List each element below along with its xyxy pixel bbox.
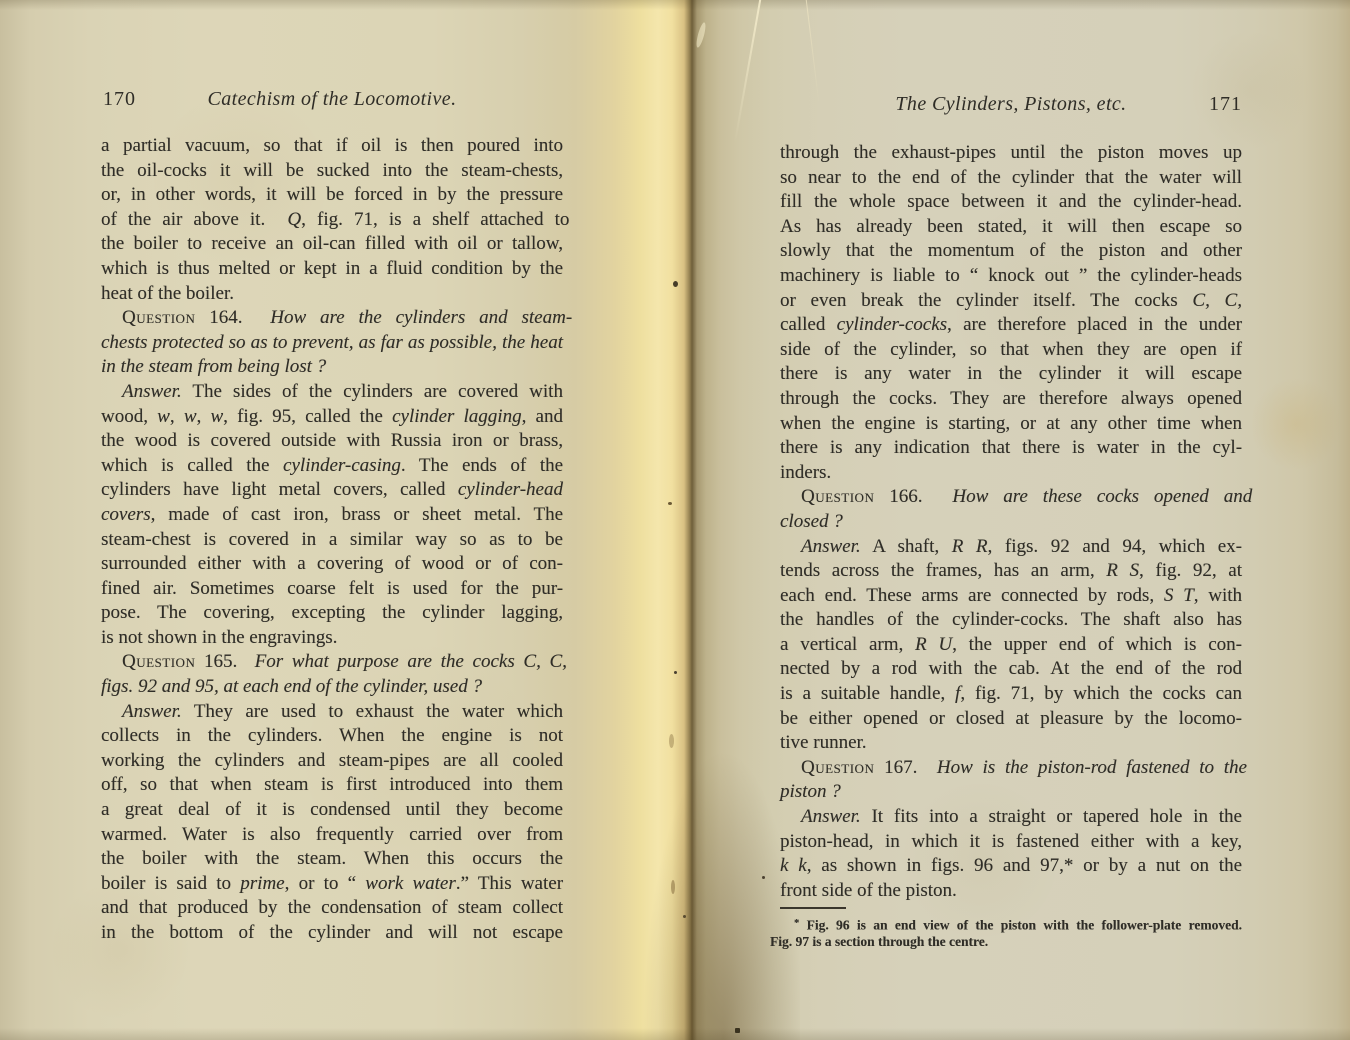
text-segment: boiler is said to bbox=[101, 873, 240, 894]
gutter-crease-line bbox=[805, 0, 819, 106]
paper-speck bbox=[762, 876, 765, 879]
gutter-crease-line bbox=[734, 0, 762, 143]
text-line: * Fig. 96 is an end view of the piston w… bbox=[780, 915, 1242, 933]
text-line: nected by a rod with the cab. At the end… bbox=[780, 657, 1242, 682]
text-line: figs. 92 and 95, at each end of the cyli… bbox=[101, 675, 563, 700]
text-segment: A shaft, bbox=[861, 536, 952, 557]
footnote: * Fig. 96 is an end view of the piston w… bbox=[780, 907, 1242, 950]
paper-dent bbox=[671, 880, 675, 894]
text-line: each end. These arms are connected by ro… bbox=[780, 584, 1242, 609]
text-line: which is thus melted or kept in a fluid … bbox=[101, 257, 563, 282]
text-line: pose. The covering, excepting the cylind… bbox=[101, 601, 563, 626]
text-segment: w bbox=[157, 406, 170, 427]
right-page-header: The Cylinders, Pistons, etc. 171 bbox=[780, 93, 1242, 119]
text-segment: cylinder-cocks bbox=[837, 314, 947, 335]
text-line: tends across the frames, has an arm, R S… bbox=[780, 559, 1242, 584]
text-segment: cylinder-head bbox=[458, 479, 563, 500]
text-segment: which is thus melted or kept in a fluid … bbox=[101, 258, 563, 279]
text-segment: How are these cocks opened and bbox=[952, 486, 1252, 507]
text-segment: Answer. bbox=[801, 806, 861, 827]
text-segment: each end. These arms are connected by ro… bbox=[780, 585, 1164, 606]
text-segment: , with bbox=[1194, 585, 1242, 606]
text-segment: tive runner. bbox=[780, 732, 867, 753]
text-segment: , fig. 71, by which the cocks can bbox=[960, 683, 1242, 704]
footnote-rule bbox=[780, 907, 846, 909]
text-segment: R S bbox=[1106, 560, 1139, 581]
text-segment: the handles of the cylinder-cocks. The s… bbox=[780, 609, 1242, 630]
text-segment: and that produced by the condensation of… bbox=[101, 897, 563, 918]
text-segment: or even break the cylinder itself. The c… bbox=[780, 290, 1192, 311]
text-line: be either opened or closed at pleasure b… bbox=[780, 707, 1242, 732]
text-segment: a vertical arm, bbox=[780, 634, 915, 655]
text-segment: 165. bbox=[195, 651, 254, 672]
text-line: Question 164. How are the cylinders and … bbox=[101, 306, 563, 331]
text-segment: , fig. 95, called the bbox=[223, 406, 392, 427]
text-line: through the cocks. They are therefore al… bbox=[780, 387, 1242, 412]
text-line: Answer. They are used to exhaust the wat… bbox=[101, 700, 563, 725]
text-segment: is a suitable handle, bbox=[780, 683, 955, 704]
text-segment: nected by a rod with the cab. At the end… bbox=[780, 658, 1242, 679]
text-segment: , are therefore placed in the under bbox=[947, 314, 1242, 335]
text-segment: . The ends of the bbox=[401, 455, 563, 476]
text-line: or, in other words, it will be forced in… bbox=[101, 183, 563, 208]
text-line: slowly that the momentum of the piston a… bbox=[780, 239, 1242, 264]
text-line: in the bottom of the cylinder and will n… bbox=[101, 921, 563, 946]
text-segment: w bbox=[210, 406, 223, 427]
text-segment: collects in the cylinders. When the engi… bbox=[101, 725, 563, 746]
text-line: piston ? bbox=[780, 780, 1242, 805]
text-line: heat of the boiler. bbox=[101, 282, 563, 307]
text-segment: , and bbox=[522, 406, 563, 427]
text-line: k k, as shown in figs. 96 and 97,* or by… bbox=[780, 854, 1242, 879]
text-segment: when the engine is starting, or at any o… bbox=[780, 413, 1242, 434]
text-segment: 167. bbox=[874, 757, 937, 778]
text-segment: through the cocks. They are therefore al… bbox=[780, 388, 1242, 409]
text-segment: C, C, bbox=[1192, 290, 1242, 311]
text-segment: covers bbox=[101, 504, 151, 525]
text-segment: Question bbox=[122, 307, 195, 328]
text-segment: 164. bbox=[195, 307, 270, 328]
text-segment: work water bbox=[365, 873, 456, 894]
text-segment: Question bbox=[122, 651, 195, 672]
text-segment: How is the piston-rod fastened to the bbox=[937, 757, 1247, 778]
text-segment: so near to the end of the cylinder that … bbox=[780, 167, 1242, 188]
text-line: boiler is said to prime, or to “ work wa… bbox=[101, 872, 563, 897]
text-line: As has already been stated, it will then… bbox=[780, 215, 1242, 240]
text-line: called cylinder-cocks, are therefore pla… bbox=[780, 313, 1242, 338]
text-segment: is not shown in the engravings. bbox=[101, 627, 337, 648]
text-segment: in the steam from being lost ? bbox=[101, 356, 326, 377]
text-segment: , fig. 92, at bbox=[1139, 560, 1242, 581]
text-segment: off, so that when steam is first introdu… bbox=[101, 774, 563, 795]
gutter-tear bbox=[695, 22, 708, 49]
text-segment: of the air above it. bbox=[101, 209, 287, 230]
text-line: inders. bbox=[780, 461, 1242, 486]
text-segment: For what purpose are the cocks C, C, bbox=[255, 651, 567, 672]
text-segment: R U bbox=[915, 634, 952, 655]
text-line: machinery is liable to “ knock out ” the… bbox=[780, 264, 1242, 289]
text-line: covers, made of cast iron, brass or shee… bbox=[101, 503, 563, 528]
text-segment: cylinder lagging bbox=[392, 406, 522, 427]
text-segment: the boiler to receive an oil-can filled … bbox=[101, 233, 563, 254]
text-segment: fined air. Sometimes coarse felt is used… bbox=[101, 578, 563, 599]
paper-speck bbox=[674, 671, 677, 674]
top-edge-shadow bbox=[0, 0, 1350, 10]
text-line: in the steam from being lost ? bbox=[101, 355, 563, 380]
text-segment: be either opened or closed at pleasure b… bbox=[780, 708, 1242, 729]
text-segment: pose. The covering, excepting the cylind… bbox=[101, 602, 563, 623]
text-line: which is called the cylinder-casing. The… bbox=[101, 454, 563, 479]
text-line: the handles of the cylinder-cocks. The s… bbox=[780, 608, 1242, 633]
text-line: when the engine is starting, or at any o… bbox=[780, 412, 1242, 437]
text-segment: or, in other words, it will be forced in… bbox=[101, 184, 563, 205]
text-line: a great deal of it is condensed until th… bbox=[101, 798, 563, 823]
text-segment: a great deal of it is condensed until th… bbox=[101, 799, 563, 820]
text-segment: , figs. 92 and 94, which ex- bbox=[988, 536, 1242, 557]
text-segment: there is any indication that there is wa… bbox=[780, 437, 1242, 458]
text-segment: Answer. bbox=[801, 536, 861, 557]
text-line: a partial vacuum, so that if oil is then… bbox=[101, 134, 563, 159]
text-line: front side of the piston. bbox=[780, 879, 1242, 904]
text-segment: , or to “ bbox=[285, 873, 366, 894]
text-segment: .” This water bbox=[456, 873, 563, 894]
text-line: steam-chest is covered in a similar way … bbox=[101, 528, 563, 553]
text-segment: Answer. bbox=[122, 381, 182, 402]
text-line: of the air above it. Q, fig. 71, is a sh… bbox=[101, 208, 563, 233]
text-segment: wood, bbox=[101, 406, 157, 427]
paper-speck bbox=[673, 281, 678, 287]
text-line: collects in the cylinders. When the engi… bbox=[101, 724, 563, 749]
text-line: the oil-cocks it will be sucked into the… bbox=[101, 159, 563, 184]
text-line: fill the whole space between it and the … bbox=[780, 190, 1242, 215]
text-line: off, so that when steam is first introdu… bbox=[101, 773, 563, 798]
footnote-text: * Fig. 96 is an end view of the piston w… bbox=[780, 915, 1242, 950]
left-page-text: a partial vacuum, so that if oil is then… bbox=[101, 134, 563, 946]
text-segment: side of the cylinder, so that when they … bbox=[780, 339, 1242, 360]
text-line: Answer. The sides of the cylinders are c… bbox=[101, 380, 563, 405]
left-running-title: Catechism of the Locomotive. bbox=[101, 88, 563, 111]
text-segment: closed ? bbox=[780, 511, 843, 532]
text-segment: , fig. 71, is a shelf attached to bbox=[301, 209, 569, 230]
text-segment: Question bbox=[801, 486, 874, 507]
text-line: Answer. It fits into a straight or taper… bbox=[780, 805, 1242, 830]
text-segment: called bbox=[780, 314, 837, 335]
text-segment: How are the cylinders and steam- bbox=[270, 307, 572, 328]
text-line: wood, w, w, w, fig. 95, called the cylin… bbox=[101, 405, 563, 430]
text-segment: , made of cast iron, brass or sheet meta… bbox=[151, 504, 563, 525]
text-segment: Fig. 96 is an end view of the piston wit… bbox=[799, 918, 1242, 933]
text-segment: w bbox=[184, 406, 197, 427]
paper-speck bbox=[668, 502, 672, 505]
text-line: there is any indication that there is wa… bbox=[780, 436, 1242, 461]
text-segment: , bbox=[170, 406, 184, 427]
text-segment: prime bbox=[240, 873, 284, 894]
text-line: warmed. Water is also frequently carried… bbox=[101, 823, 563, 848]
text-line: the boiler with the steam. When this occ… bbox=[101, 847, 563, 872]
text-segment: As has already been stated, it will then… bbox=[780, 216, 1242, 237]
text-line: working the cylinders and steam-pipes ar… bbox=[101, 749, 563, 774]
text-segment: Question bbox=[801, 757, 874, 778]
right-page-number: 171 bbox=[1209, 93, 1242, 116]
text-segment: the boiler with the steam. When this occ… bbox=[101, 848, 563, 869]
text-line: closed ? bbox=[780, 510, 1242, 535]
text-line: Question 165. For what purpose are the c… bbox=[101, 650, 563, 675]
text-line: piston-head, in which it is fastened eit… bbox=[780, 830, 1242, 855]
text-line: cylinders have light metal covers, calle… bbox=[101, 478, 563, 503]
text-line: the wood is covered outside with Russia … bbox=[101, 429, 563, 454]
text-line: Question 166. How are these cocks opened… bbox=[780, 485, 1242, 510]
text-segment: R R bbox=[952, 536, 988, 557]
text-segment: It fits into a straight or tapered hole … bbox=[861, 806, 1242, 827]
text-segment: , as shown in figs. 96 and 97,* or by a … bbox=[807, 855, 1242, 876]
text-segment: front side of the piston. bbox=[780, 880, 957, 901]
text-line: is a suitable handle, f, fig. 71, by whi… bbox=[780, 682, 1242, 707]
text-line: Fig. 97 is a section through the centre. bbox=[780, 933, 1242, 951]
text-segment: piston-head, in which it is fastened eit… bbox=[780, 831, 1242, 852]
gutter-shadow bbox=[640, 740, 800, 1040]
paper-speck bbox=[735, 1028, 740, 1033]
text-segment: working the cylinders and steam-pipes ar… bbox=[101, 750, 563, 771]
text-segment: k k bbox=[780, 855, 807, 876]
text-line: fined air. Sometimes coarse felt is used… bbox=[101, 577, 563, 602]
text-segment: heat of the boiler. bbox=[101, 283, 234, 304]
text-segment: fill the whole space between it and the … bbox=[780, 191, 1242, 212]
text-segment: the wood is covered outside with Russia … bbox=[101, 430, 563, 451]
book-scan: 170 Catechism of the Locomotive. a parti… bbox=[0, 0, 1350, 1040]
bottom-edge-shadow bbox=[0, 1028, 1350, 1040]
text-segment: tends across the frames, has an arm, bbox=[780, 560, 1106, 581]
text-segment: surrounded either with a covering of woo… bbox=[101, 553, 563, 574]
text-segment: Q bbox=[287, 209, 301, 230]
text-line: and that produced by the condensation of… bbox=[101, 896, 563, 921]
text-segment: machinery is liable to “ knock out ” the… bbox=[780, 265, 1242, 286]
text-segment: , bbox=[197, 406, 211, 427]
text-line: side of the cylinder, so that when they … bbox=[780, 338, 1242, 363]
text-segment: cylinders have light metal covers, calle… bbox=[101, 479, 458, 500]
text-line: Question 167. How is the piston-rod fast… bbox=[780, 756, 1242, 781]
right-page-text: through the exhaust-pipes until the pist… bbox=[780, 141, 1242, 903]
text-segment: the oil-cocks it will be sucked into the… bbox=[101, 160, 563, 181]
text-segment: chests protected so as to prevent, as fa… bbox=[101, 332, 563, 353]
text-line: surrounded either with a covering of woo… bbox=[101, 552, 563, 577]
left-page-header: 170 Catechism of the Locomotive. bbox=[101, 88, 563, 114]
paper-dent bbox=[669, 734, 674, 748]
text-line: a vertical arm, R U, the upper end of wh… bbox=[780, 633, 1242, 658]
text-segment: Answer. bbox=[122, 701, 182, 722]
right-running-title: The Cylinders, Pistons, etc. bbox=[780, 93, 1242, 116]
text-segment: there is any water in the cylinder it wi… bbox=[780, 363, 1242, 384]
text-segment: cylinder-casing bbox=[283, 455, 401, 476]
text-line: there is any water in the cylinder it wi… bbox=[780, 362, 1242, 387]
text-segment: S T bbox=[1164, 585, 1194, 606]
text-line: or even break the cylinder itself. The c… bbox=[780, 289, 1242, 314]
text-line: the boiler to receive an oil-can filled … bbox=[101, 232, 563, 257]
text-segment: figs. 92 and 95, at each end of the cyli… bbox=[101, 676, 482, 697]
text-line: so near to the end of the cylinder that … bbox=[780, 166, 1242, 191]
text-segment: 166. bbox=[874, 486, 952, 507]
text-segment: warmed. Water is also frequently carried… bbox=[101, 824, 563, 845]
text-segment: , the upper end of which is con- bbox=[952, 634, 1242, 655]
text-line: through the exhaust-pipes until the pist… bbox=[780, 141, 1242, 166]
text-segment: They are used to exhaust the water which bbox=[182, 701, 563, 722]
left-page-number: 170 bbox=[103, 88, 136, 111]
text-line: chests protected so as to prevent, as fa… bbox=[101, 331, 563, 356]
text-segment: in the bottom of the cylinder and will n… bbox=[101, 922, 563, 943]
text-line: is not shown in the engravings. bbox=[101, 626, 563, 651]
text-line: tive runner. bbox=[780, 731, 1242, 756]
text-segment: steam-chest is covered in a similar way … bbox=[101, 529, 563, 550]
text-segment: Fig. 97 is a section through the centre. bbox=[770, 934, 988, 949]
text-segment: piston ? bbox=[780, 781, 841, 802]
text-segment: slowly that the momentum of the piston a… bbox=[780, 240, 1242, 261]
paper-speck bbox=[683, 915, 686, 918]
text-segment: inders. bbox=[780, 462, 831, 483]
text-segment: through the exhaust-pipes until the pist… bbox=[780, 142, 1242, 163]
text-segment: which is called the bbox=[101, 455, 283, 476]
text-line: Answer. A shaft, R R, figs. 92 and 94, w… bbox=[780, 535, 1242, 560]
text-segment: a partial vacuum, so that if oil is then… bbox=[101, 135, 563, 156]
text-segment: The sides of the cylinders are covered w… bbox=[182, 381, 563, 402]
